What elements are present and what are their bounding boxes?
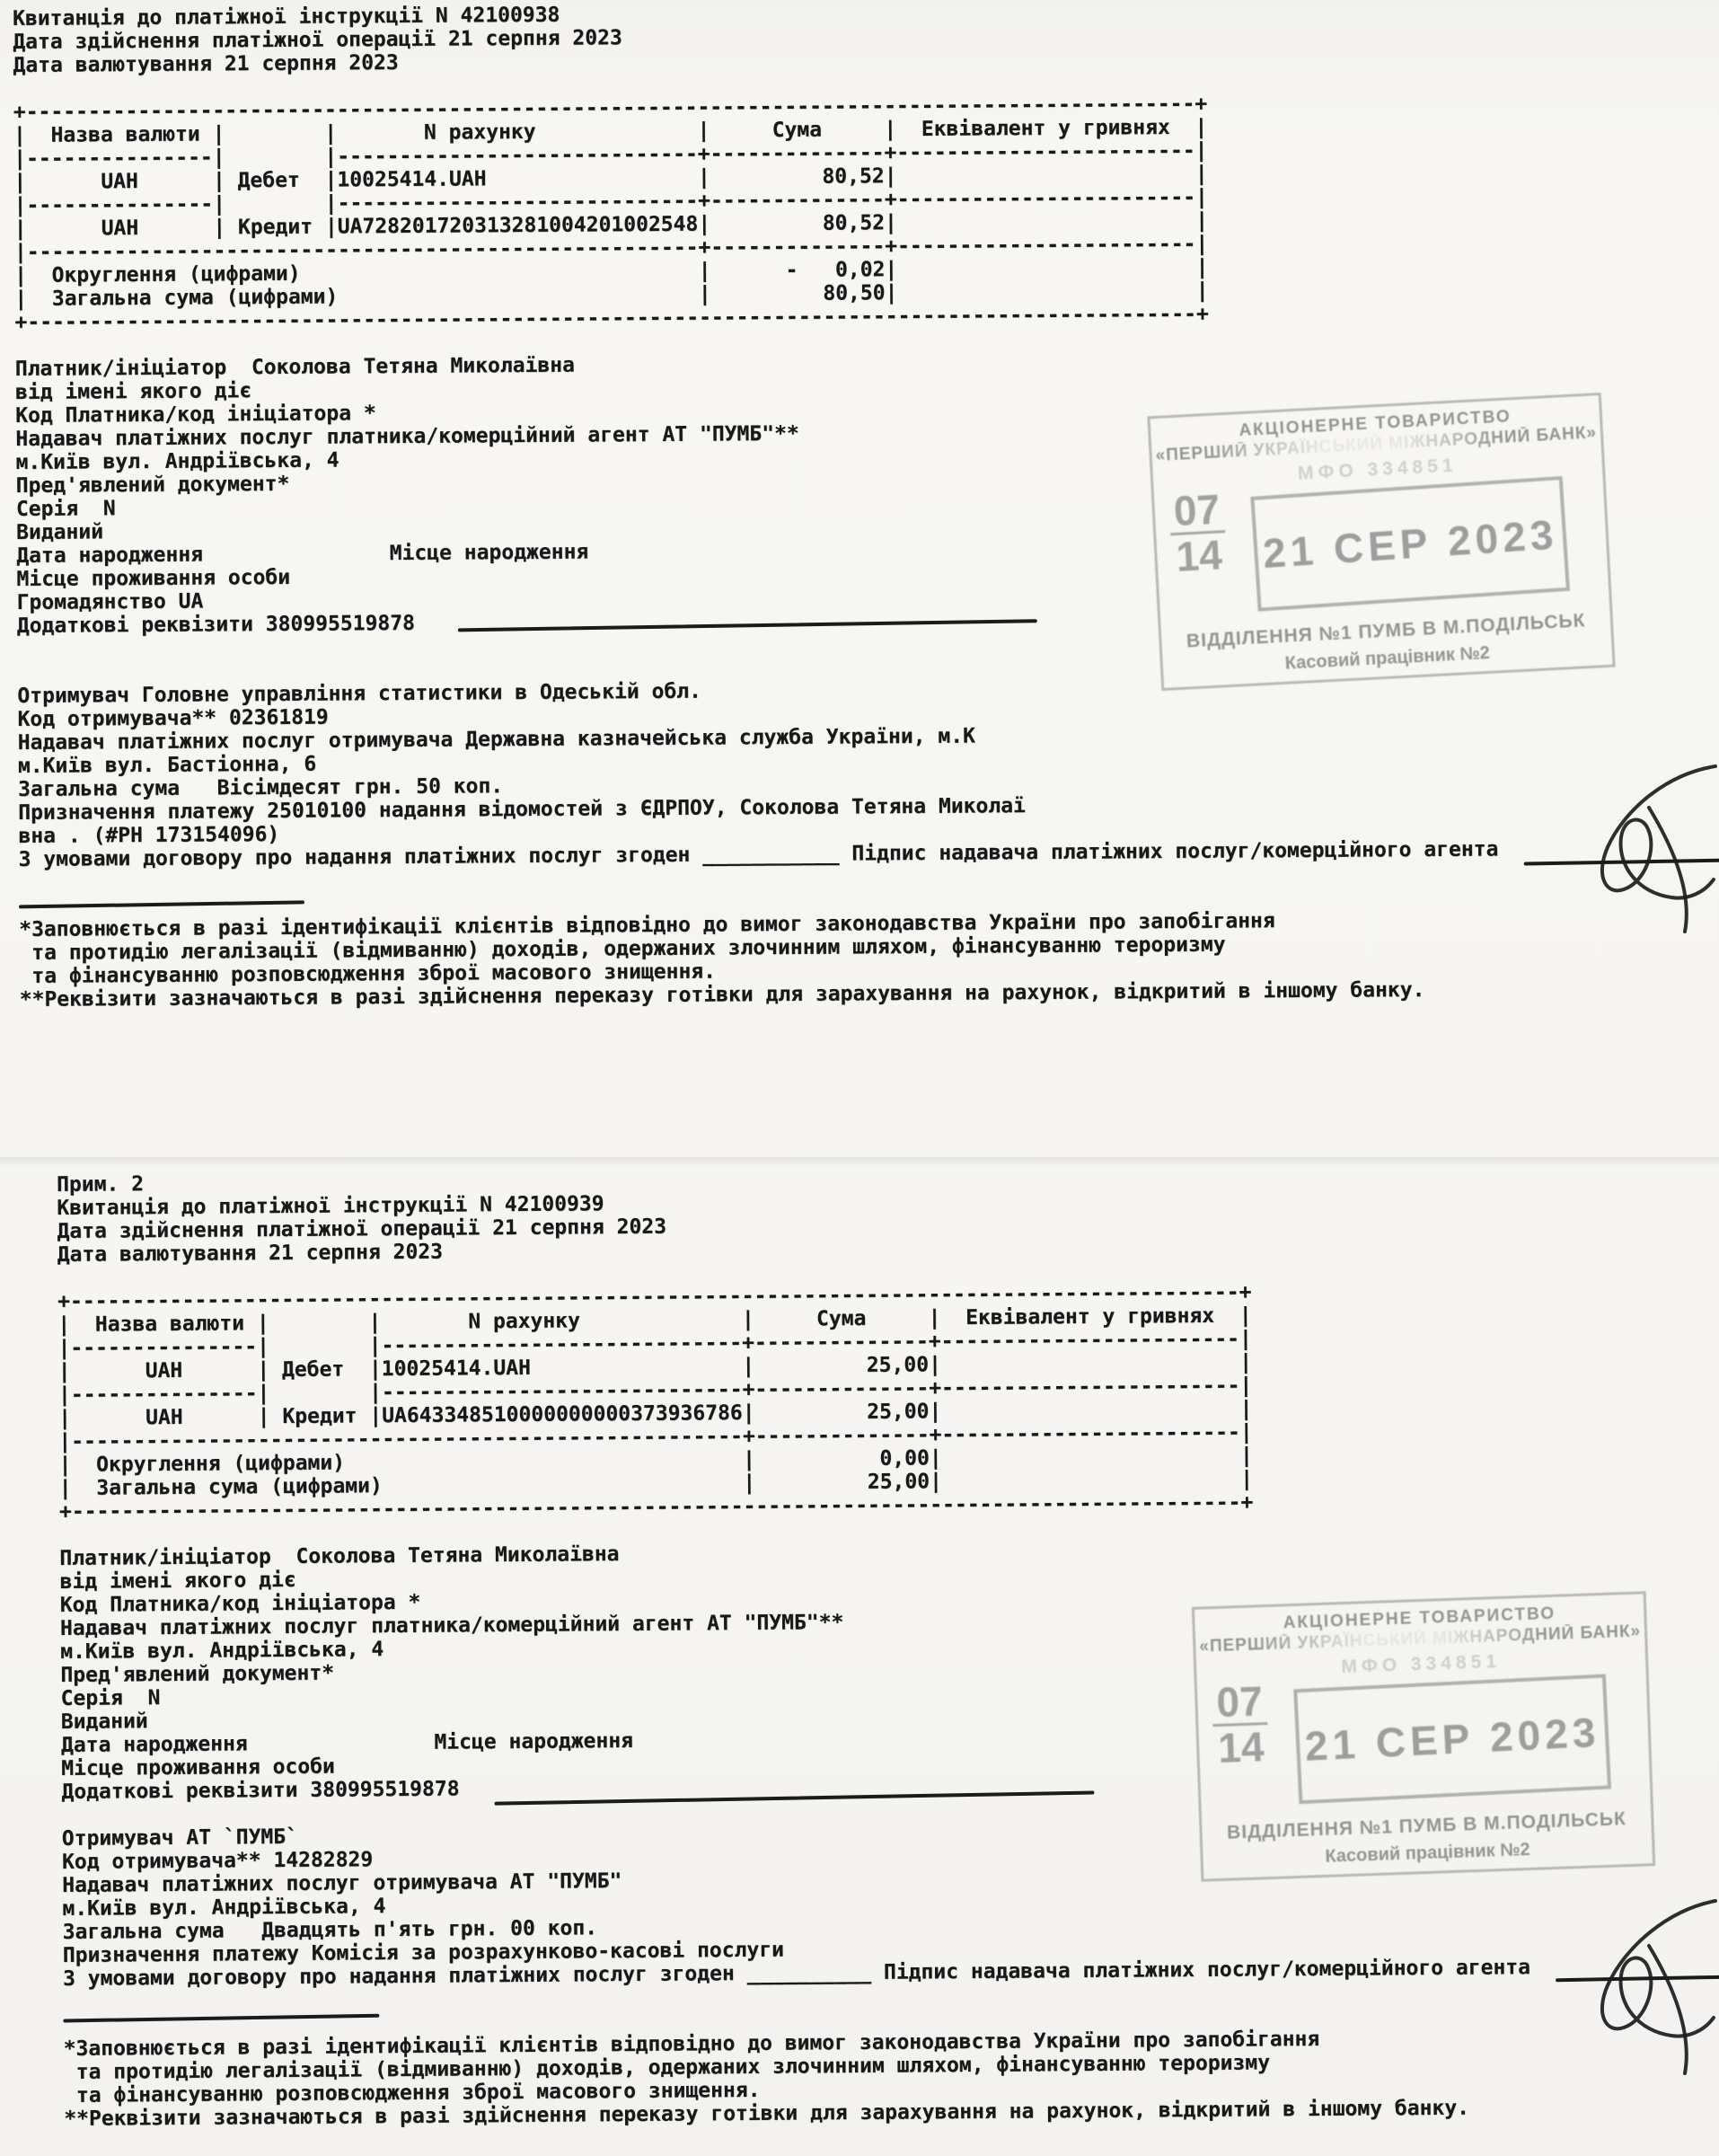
handwritten-signature — [1525, 759, 1719, 939]
bank-stamp: АКЦІОНЕРНЕ ТОВАРИСТВО «ПЕРШИЙ УКРАЇНСЬКИ… — [1147, 393, 1615, 691]
stamp-date: 21 СЕР 2023 — [1304, 1708, 1601, 1771]
stamp-date-box: 21 СЕР 2023 — [1293, 1674, 1611, 1804]
scanned-receipt-page: { "doc": { "paper_color": "#f6f5f2", "in… — [0, 0, 1719, 2156]
stamp-code-bottom: 14 — [1170, 533, 1228, 579]
handwritten-signature — [1529, 1892, 1719, 2081]
page-fold-shadow — [0, 1157, 1719, 1168]
stamp-code-top: 07 — [1168, 487, 1226, 535]
stamp-code-top: 07 — [1212, 1679, 1268, 1727]
stamp-date-box: 21 СЕР 2023 — [1250, 476, 1570, 612]
stamp-cell-code: 07 14 — [1168, 487, 1228, 579]
stamp-cell-code: 07 14 — [1212, 1679, 1270, 1771]
stamp-date: 21 СЕР 2023 — [1261, 509, 1559, 578]
bank-stamp: АКЦІОНЕРНЕ ТОВАРИСТВО «ПЕРШИЙ УКРАЇНСЬКИ… — [1192, 1591, 1655, 1881]
stamp-code-bottom: 14 — [1212, 1725, 1269, 1770]
